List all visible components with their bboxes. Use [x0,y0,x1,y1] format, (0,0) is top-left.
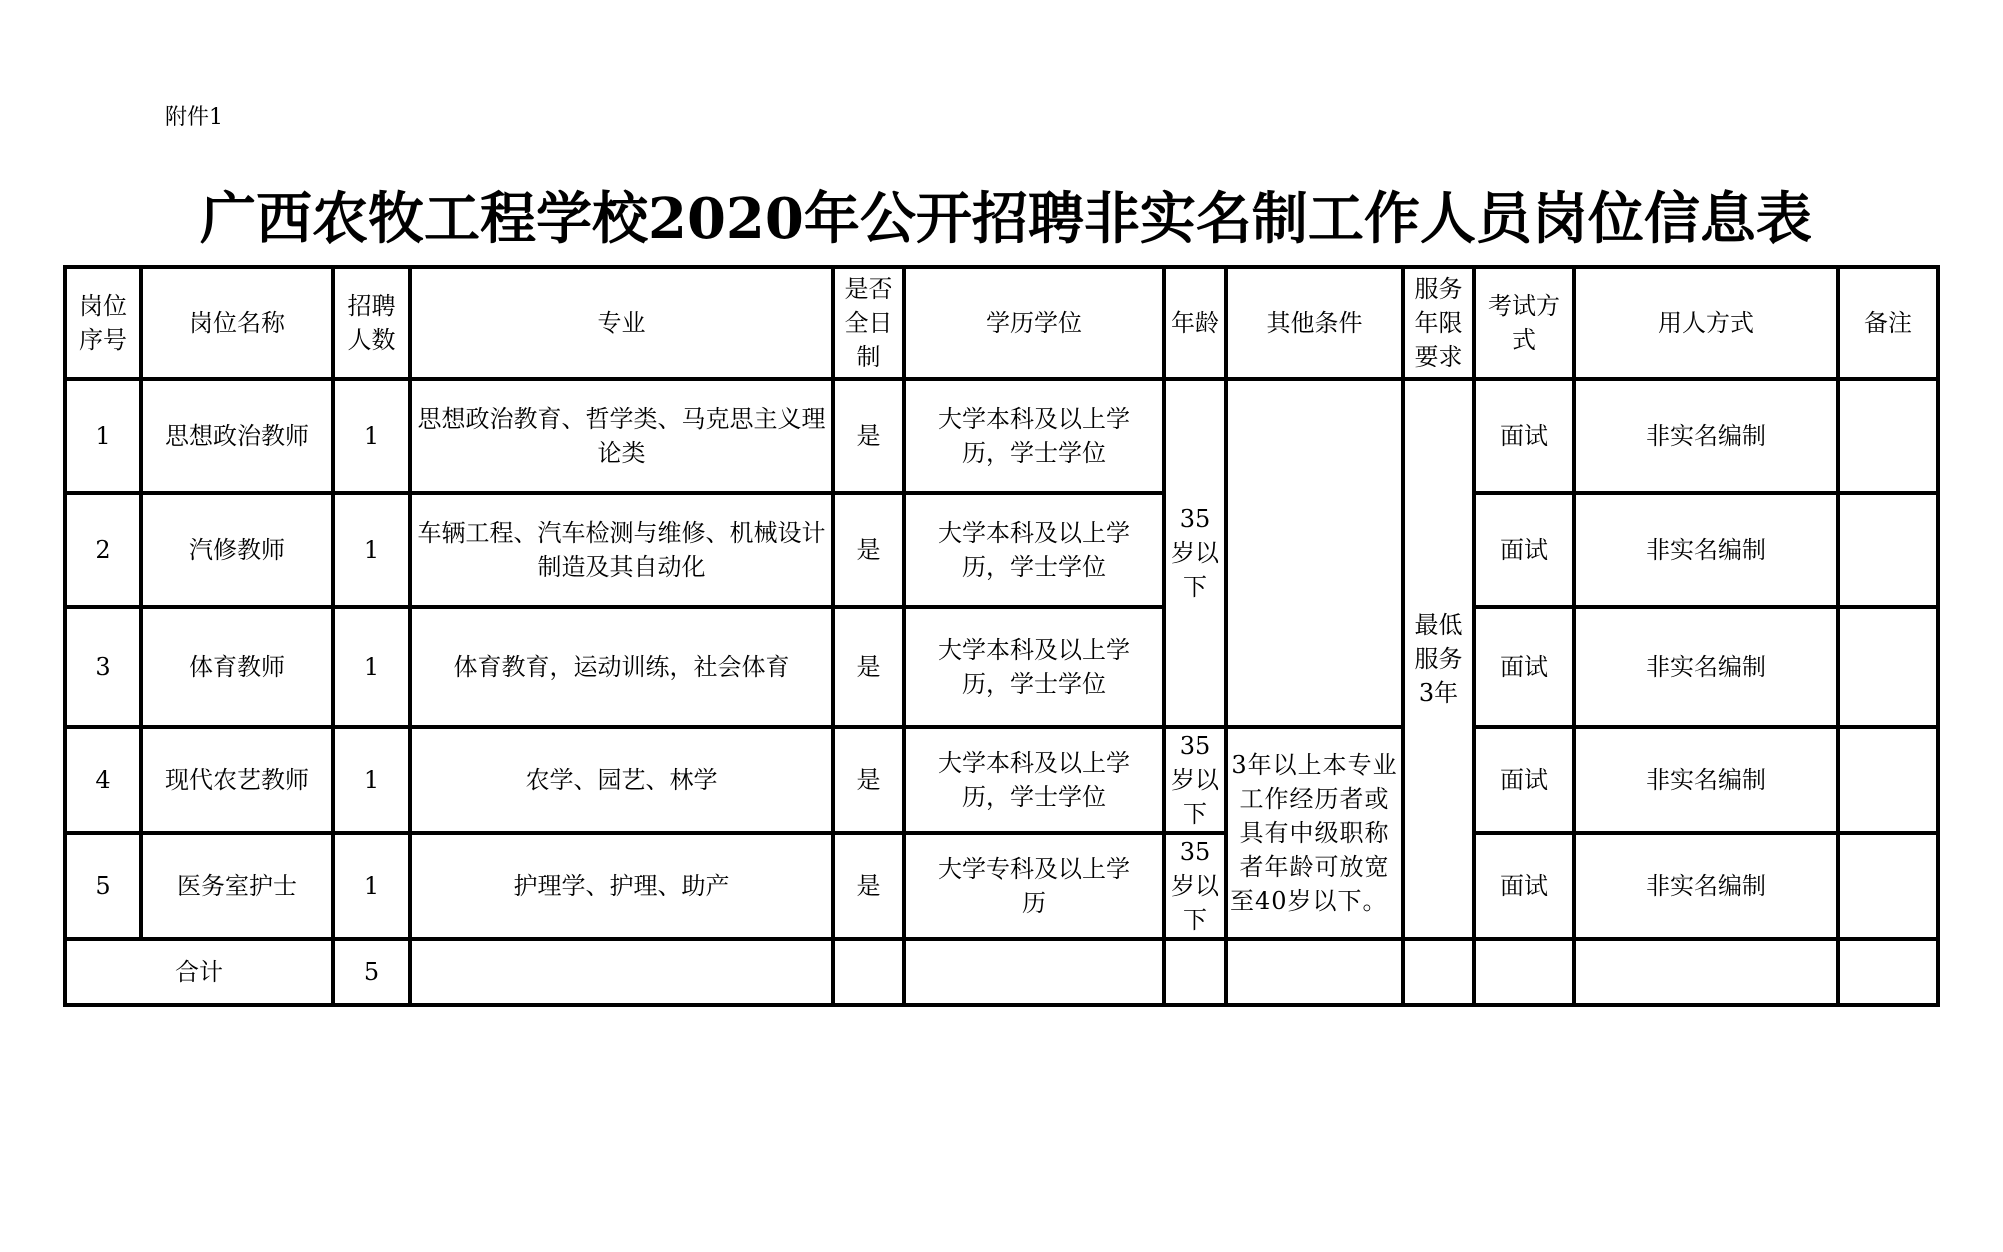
header-education: 学历学位 [904,267,1164,379]
cell-count: 1 [333,833,410,939]
cell-count: 1 [333,727,410,833]
cell-major: 车辆工程、汽车检测与维修、机械设计制造及其自动化 [410,493,833,607]
cell-name: 汽修教师 [141,493,333,607]
table-row: 5 医务室护士 1 护理学、护理、助产 是 大学专科及以上学历 35岁以下 面试… [65,833,1938,939]
cell-age: 35岁以下 [1164,727,1226,833]
cell-exam: 面试 [1474,607,1574,727]
total-count: 5 [333,939,410,1005]
cell-exam: 面试 [1474,727,1574,833]
cell-other-merged [1226,379,1403,727]
cell-education: 大学专科及以上学历 [904,833,1164,939]
header-exam: 考试方式 [1474,267,1574,379]
header-name: 岗位名称 [141,267,333,379]
cell-name: 医务室护士 [141,833,333,939]
header-other: 其他条件 [1226,267,1403,379]
total-notes-empty [1838,939,1938,1005]
total-hiring-empty [1574,939,1838,1005]
cell-major: 护理学、护理、助产 [410,833,833,939]
header-major: 专业 [410,267,833,379]
cell-name: 体育教师 [141,607,333,727]
cell-education: 大学本科及以上学历，学士学位 [904,493,1164,607]
cell-other-merged: 3年以上本专业工作经历者或具有中级职称者年龄可放宽至40岁以下。 [1226,727,1403,939]
cell-name: 思想政治教师 [141,379,333,493]
cell-name: 现代农艺教师 [141,727,333,833]
total-row: 合计 5 [65,939,1938,1005]
cell-seq: 2 [65,493,141,607]
total-education-empty [904,939,1164,1005]
cell-major: 体育教育，运动训练，社会体育 [410,607,833,727]
total-service-empty [1403,939,1474,1005]
cell-education: 大学本科及以上学历，学士学位 [904,607,1164,727]
cell-education: 大学本科及以上学历，学士学位 [904,727,1164,833]
header-seq: 岗位序号 [65,267,141,379]
cell-exam: 面试 [1474,833,1574,939]
total-major-empty [410,939,833,1005]
cell-fulltime: 是 [833,607,904,727]
header-age: 年龄 [1164,267,1226,379]
cell-hiring: 非实名编制 [1574,493,1838,607]
header-fulltime: 是否全日制 [833,267,904,379]
header-count: 招聘人数 [333,267,410,379]
cell-count: 1 [333,493,410,607]
cell-fulltime: 是 [833,379,904,493]
cell-major: 思想政治教育、哲学类、马克思主义理论类 [410,379,833,493]
cell-seq: 5 [65,833,141,939]
cell-notes [1838,833,1938,939]
header-hiring: 用人方式 [1574,267,1838,379]
cell-notes [1838,493,1938,607]
cell-hiring: 非实名编制 [1574,379,1838,493]
table-row: 2 汽修教师 1 车辆工程、汽车检测与维修、机械设计制造及其自动化 是 大学本科… [65,493,1938,607]
cell-major: 农学、园艺、林学 [410,727,833,833]
cell-notes [1838,607,1938,727]
total-label: 合计 [65,939,333,1005]
cell-fulltime: 是 [833,727,904,833]
cell-fulltime: 是 [833,833,904,939]
cell-fulltime: 是 [833,493,904,607]
cell-exam: 面试 [1474,493,1574,607]
cell-count: 1 [333,607,410,727]
table-row: 4 现代农艺教师 1 农学、园艺、林学 是 大学本科及以上学历，学士学位 35岁… [65,727,1938,833]
cell-service-merged: 最低服务3年 [1403,379,1474,939]
cell-hiring: 非实名编制 [1574,833,1838,939]
header-notes: 备注 [1838,267,1938,379]
cell-seq: 1 [65,379,141,493]
attachment-label: 附件1 [165,103,223,133]
cell-hiring: 非实名编制 [1574,607,1838,727]
position-info-table: 岗位序号 岗位名称 招聘人数 专业 是否全日制 学历学位 年龄 其他条件 服务年… [63,265,1940,1007]
cell-seq: 4 [65,727,141,833]
cell-age-merged: 35岁以下 [1164,379,1226,727]
total-fulltime-empty [833,939,904,1005]
table-row: 1 思想政治教师 1 思想政治教育、哲学类、马克思主义理论类 是 大学本科及以上… [65,379,1938,493]
header-row: 岗位序号 岗位名称 招聘人数 专业 是否全日制 学历学位 年龄 其他条件 服务年… [65,267,1938,379]
cell-notes [1838,379,1938,493]
cell-exam: 面试 [1474,379,1574,493]
total-age-empty [1164,939,1226,1005]
header-service: 服务年限要求 [1403,267,1474,379]
table-row: 3 体育教师 1 体育教育，运动训练，社会体育 是 大学本科及以上学历，学士学位… [65,607,1938,727]
cell-seq: 3 [65,607,141,727]
cell-age: 35岁以下 [1164,833,1226,939]
total-other-empty [1226,939,1403,1005]
cell-education: 大学本科及以上学历，学士学位 [904,379,1164,493]
total-exam-empty [1474,939,1574,1005]
cell-hiring: 非实名编制 [1574,727,1838,833]
document-title: 广西农牧工程学校2020年公开招聘非实名制工作人员岗位信息表 [200,184,1790,254]
cell-count: 1 [333,379,410,493]
cell-notes [1838,727,1938,833]
